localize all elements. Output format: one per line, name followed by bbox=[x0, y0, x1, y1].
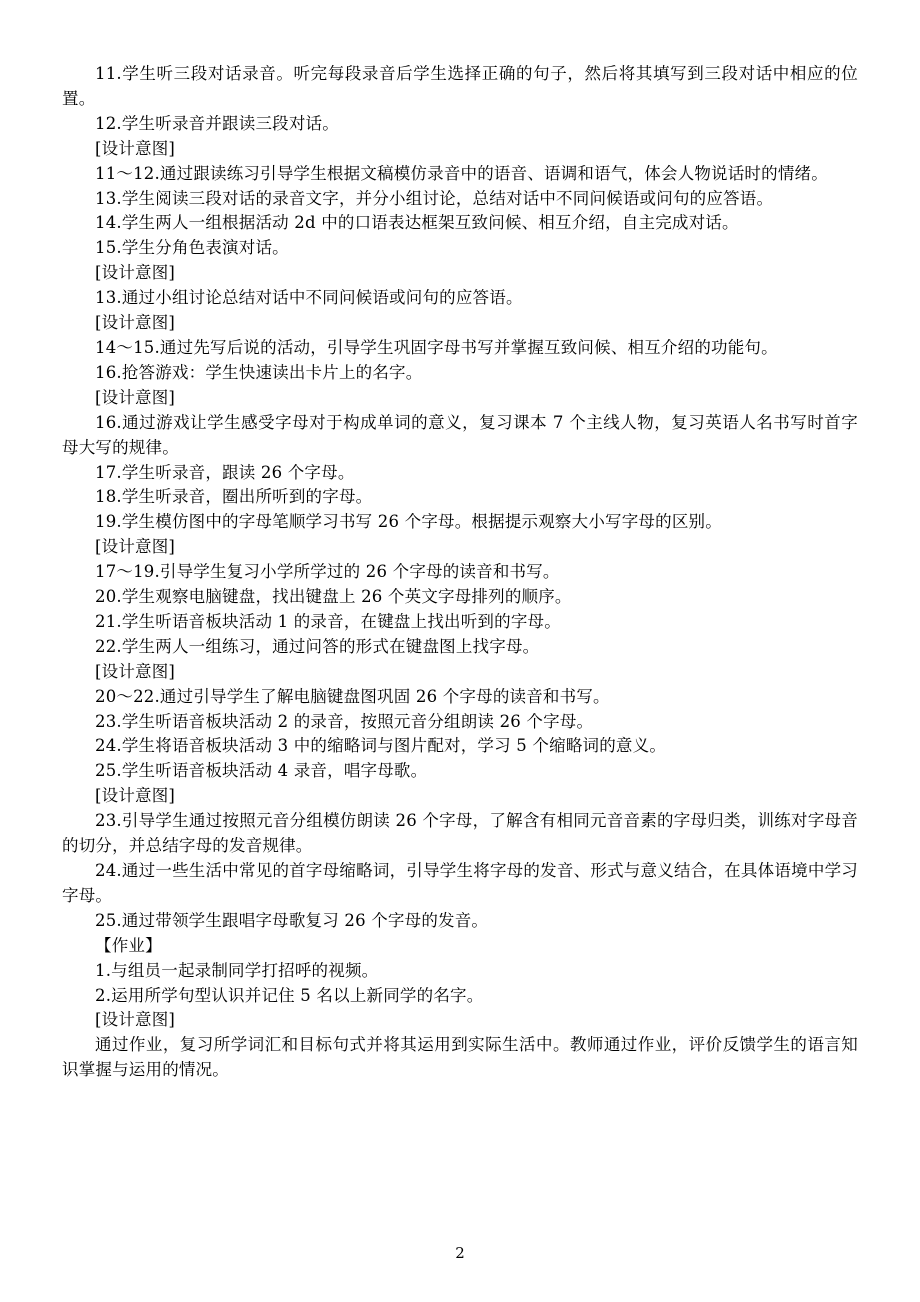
design-intent-label: [设计意图] bbox=[62, 137, 858, 162]
paragraph: 11.学生听三段对话录音。听完每段录音后学生选择正确的句子，然后将其填写到三段对… bbox=[62, 62, 858, 112]
design-intent-label: [设计意图] bbox=[62, 311, 858, 336]
paragraph: 11～12.通过跟读练习引导学生根据文稿模仿录音中的语音、语调和语气，体会人物说… bbox=[62, 162, 858, 187]
section-heading-homework: 【作业】 bbox=[62, 934, 858, 959]
paragraph: 2.运用所学句型认识并记住 5 名以上新同学的名字。 bbox=[62, 984, 858, 1009]
paragraph: 17.学生听录音，跟读 26 个字母。 bbox=[62, 461, 858, 486]
paragraph: 12.学生听录音并跟读三段对话。 bbox=[62, 112, 858, 137]
paragraph: 18.学生听录音，圈出所听到的字母。 bbox=[62, 485, 858, 510]
design-intent-label: [设计意图] bbox=[62, 261, 858, 286]
design-intent-label: [设计意图] bbox=[62, 1008, 858, 1033]
paragraph: 21.学生听语音板块活动 1 的录音，在键盘上找出听到的字母。 bbox=[62, 610, 858, 635]
design-intent-label: [设计意图] bbox=[62, 535, 858, 560]
document-body: 11.学生听三段对话录音。听完每段录音后学生选择正确的句子，然后将其填写到三段对… bbox=[62, 62, 858, 1083]
paragraph: 24.学生将语音板块活动 3 中的缩略词与图片配对，学习 5 个缩略词的意义。 bbox=[62, 734, 858, 759]
page-number: 2 bbox=[0, 1243, 920, 1263]
paragraph: 19.学生模仿图中的字母笔顺学习书写 26 个字母。根据提示观察大小写字母的区别… bbox=[62, 510, 858, 535]
paragraph: 16.抢答游戏：学生快速读出卡片上的名字。 bbox=[62, 361, 858, 386]
paragraph: 13.通过小组讨论总结对话中不同问候语或问句的应答语。 bbox=[62, 286, 858, 311]
design-intent-label: [设计意图] bbox=[62, 784, 858, 809]
paragraph: 通过作业，复习所学词汇和目标句式并将其运用到实际生活中。教师通过作业，评价反馈学… bbox=[62, 1033, 858, 1083]
paragraph: 14.学生两人一组根据活动 2d 中的口语表达框架互致问候、相互介绍，自主完成对… bbox=[62, 211, 858, 236]
document-page: 11.学生听三段对话录音。听完每段录音后学生选择正确的句子，然后将其填写到三段对… bbox=[0, 0, 920, 1302]
paragraph: 22.学生两人一组练习，通过问答的形式在键盘图上找字母。 bbox=[62, 635, 858, 660]
paragraph: 13.学生阅读三段对话的录音文字，并分小组讨论，总结对话中不同问候语或问句的应答… bbox=[62, 187, 858, 212]
paragraph: 25.通过带领学生跟唱字母歌复习 26 个字母的发音。 bbox=[62, 909, 858, 934]
paragraph: 25.学生听语音板块活动 4 录音，唱字母歌。 bbox=[62, 759, 858, 784]
paragraph: 20.学生观察电脑键盘，找出键盘上 26 个英文字母排列的顺序。 bbox=[62, 585, 858, 610]
design-intent-label: [设计意图] bbox=[62, 660, 858, 685]
paragraph: 15.学生分角色表演对话。 bbox=[62, 236, 858, 261]
paragraph: 20～22.通过引导学生了解电脑键盘图巩固 26 个字母的读音和书写。 bbox=[62, 685, 858, 710]
paragraph: 16.通过游戏让学生感受字母对于构成单词的意义，复习课本 7 个主线人物，复习英… bbox=[62, 411, 858, 461]
paragraph: 24.通过一些生活中常见的首字母缩略词，引导学生将字母的发音、形式与意义结合，在… bbox=[62, 859, 858, 909]
paragraph: 1.与组员一起录制同学打招呼的视频。 bbox=[62, 959, 858, 984]
paragraph: 23.学生听语音板块活动 2 的录音，按照元音分组朗读 26 个字母。 bbox=[62, 710, 858, 735]
paragraph: 17～19.引导学生复习小学所学过的 26 个字母的读音和书写。 bbox=[62, 560, 858, 585]
paragraph: 23.引导学生通过按照元音分组模仿朗读 26 个字母，了解含有相同元音音素的字母… bbox=[62, 809, 858, 859]
design-intent-label: [设计意图] bbox=[62, 386, 858, 411]
paragraph: 14～15.通过先写后说的活动，引导学生巩固字母书写并掌握互致问候、相互介绍的功… bbox=[62, 336, 858, 361]
